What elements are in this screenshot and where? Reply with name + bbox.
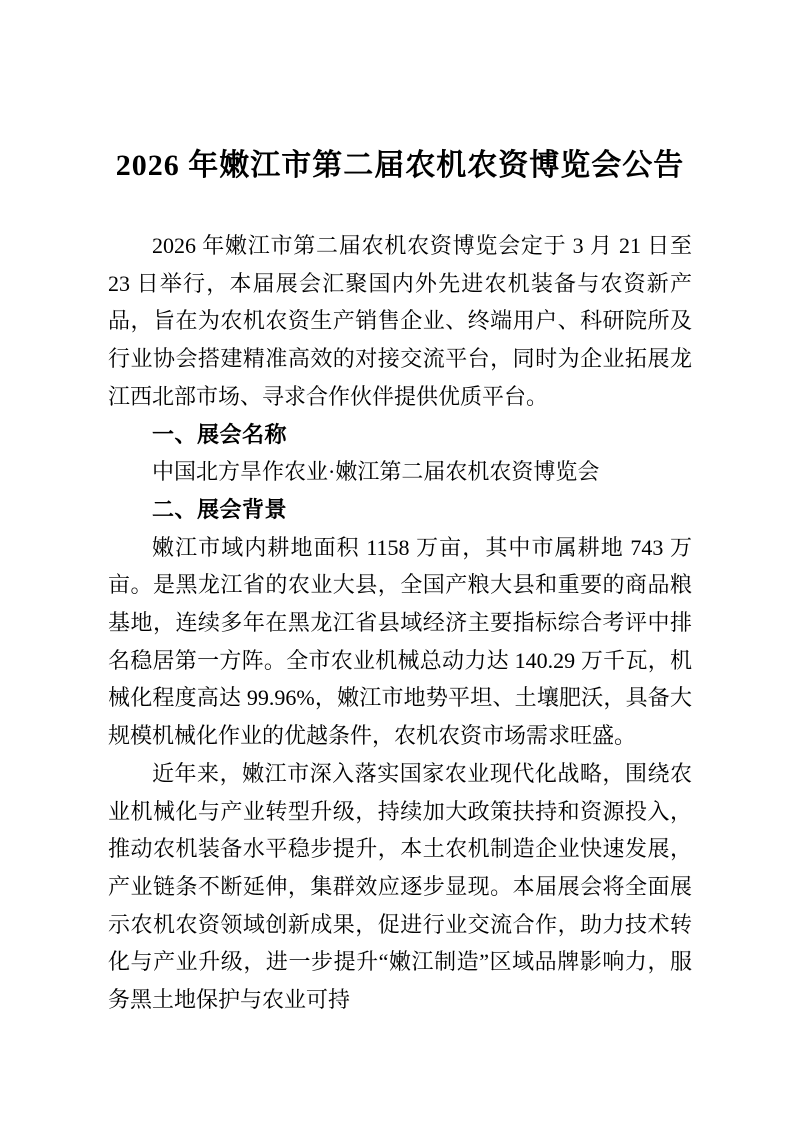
section-heading-exhibition-name: 一、展会名称 — [108, 416, 692, 454]
document-title: 2026 年嫩江市第二届农机农资博览会公告 — [108, 146, 692, 185]
intro-paragraph: 2026 年嫩江市第二届农机农资博览会定于 3 月 21 日至 23 日举行，本… — [108, 227, 692, 416]
document-page: 2026 年嫩江市第二届农机农资博览会公告 2026 年嫩江市第二届农机农资博览… — [0, 0, 800, 1131]
background-paragraph-2: 近年来，嫩江市深入落实国家农业现代化战略，围绕农业机械化与产业转型升级，持续加大… — [108, 755, 692, 1019]
section-heading-exhibition-background: 二、展会背景 — [108, 491, 692, 529]
exhibition-name-line: 中国北方旱作农业·嫩江第二届农机农资博览会 — [108, 453, 692, 491]
background-paragraph-1: 嫩江市域内耕地面积 1158 万亩，其中市属耕地 743 万亩。是黑龙江省的农业… — [108, 529, 692, 755]
document-body: 2026 年嫩江市第二届农机农资博览会定于 3 月 21 日至 23 日举行，本… — [108, 227, 692, 1019]
